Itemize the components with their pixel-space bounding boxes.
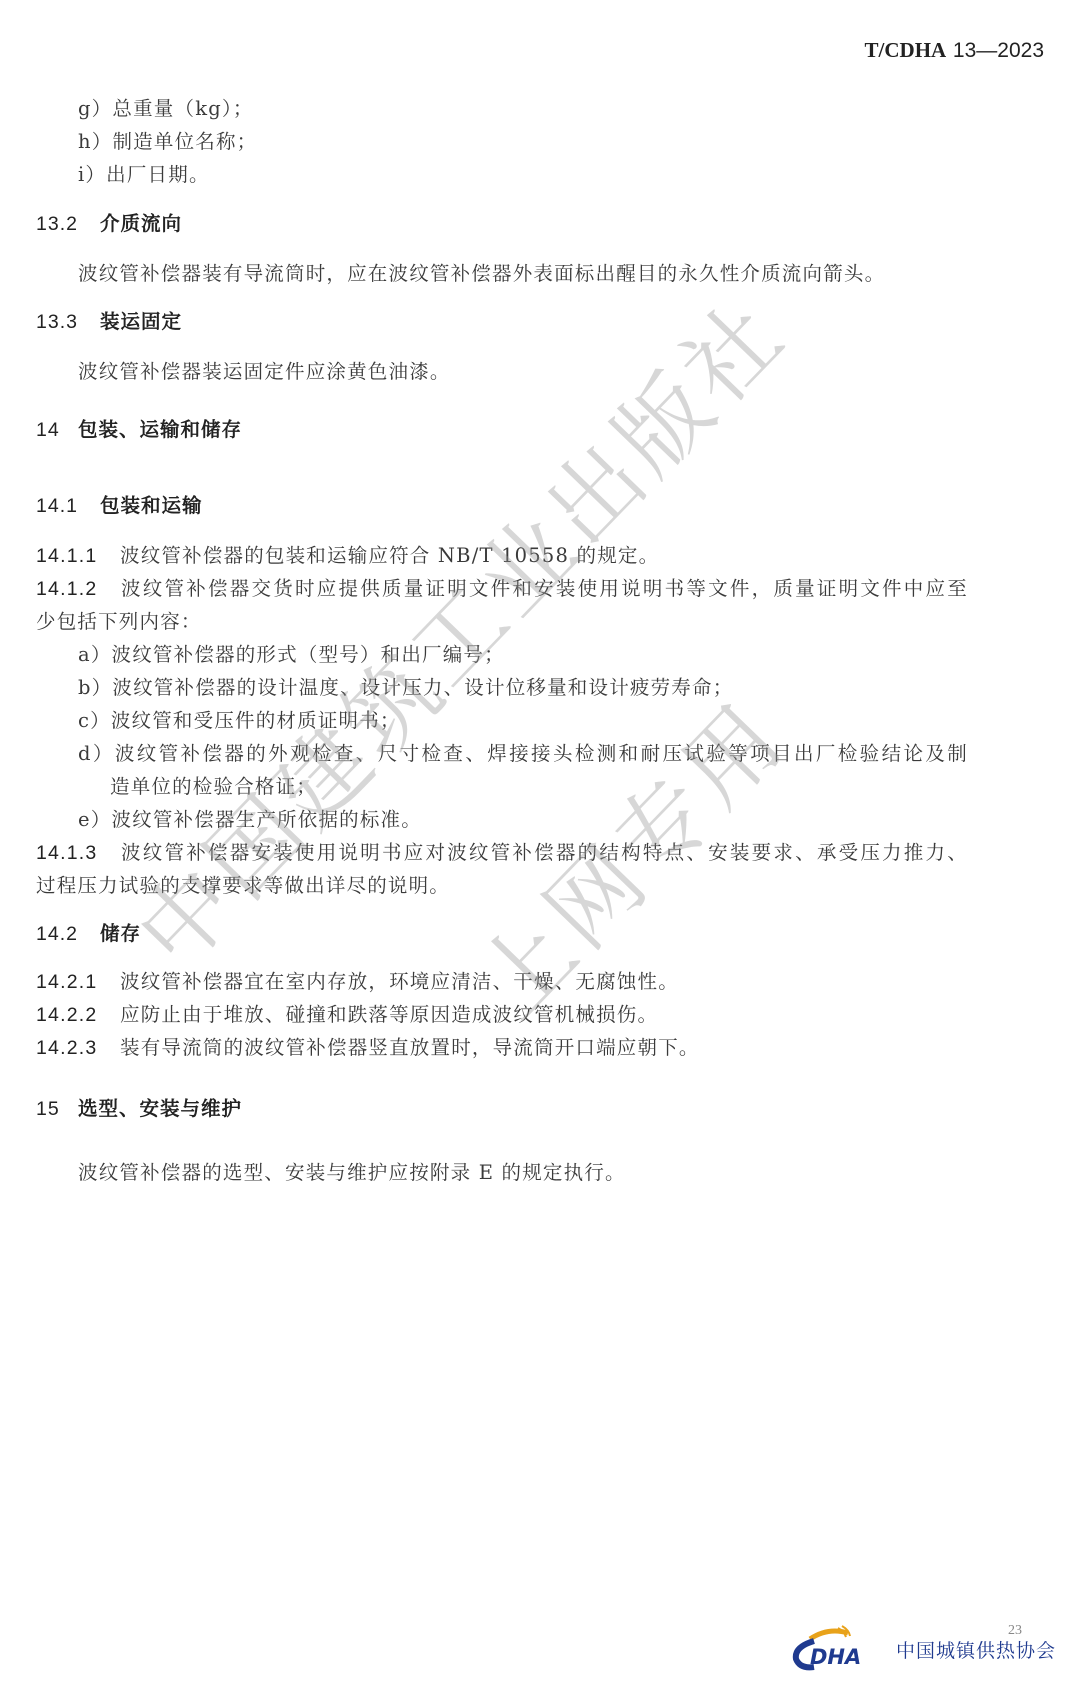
list-item-b: b）波纹管补偿器的设计温度、设计压力、设计位移量和设计疲劳寿命； [78, 672, 733, 700]
page-number: 23 [1008, 1623, 1022, 1639]
cdha-logo-icon: DHA [788, 1625, 893, 1673]
clause-14-1-2-cont: 少包括下列内容： [36, 606, 202, 634]
clause-14-1-3-cont: 过程压力试验的支撑要求等做出详尽的说明。 [36, 870, 450, 898]
list-item-a: a）波纹管补偿器的形式（型号）和出厂编号； [78, 639, 505, 667]
clause-14-2-2: 14.2.2应防止由于堆放、碰撞和跌落等原因造成波纹管机械损伤。 [36, 999, 658, 1027]
clause-14-2-3: 14.2.3装有导流筒的波纹管补偿器竖直放置时，导流筒开口端应朝下。 [36, 1032, 700, 1060]
clause-14-1-1: 14.1.1波纹管补偿器的包装和运输应符合 NB/T 10558 的规定。 [36, 540, 659, 568]
standard-code: T/CDHA [865, 38, 947, 62]
section-heading-14-2: 14.2储存 [36, 918, 141, 946]
clause-14-1-3: 14.1.3波纹管补偿器安装使用说明书应对波纹管补偿器的结构特点、安装要求、承受… [36, 837, 968, 865]
standard-number: 13—2023 [953, 39, 1044, 62]
section-body-15: 波纹管补偿器的选型、安装与维护应按附录 E 的规定执行。 [78, 1157, 626, 1185]
section-heading-13-3: 13.3装运固定 [36, 306, 182, 334]
svg-text:DHA: DHA [810, 1645, 861, 1669]
section-heading-14-1: 14.1包装和运输 [36, 490, 203, 518]
page-header: T/CDHA 13—2023 [865, 38, 1044, 63]
clause-14-1-2: 14.1.2波纹管补偿器交货时应提供质量证明文件和安装使用说明书等文件，质量证明… [36, 573, 968, 601]
list-item-h: h）制造单位名称； [78, 126, 257, 154]
section-heading-13-2: 13.2介质流向 [36, 208, 182, 236]
list-item-e: e）波纹管补偿器生产所依据的标准。 [78, 804, 422, 832]
section-body-13-2: 波纹管补偿器装有导流筒时，应在波纹管补偿器外表面标出醒目的永久性介质流向箭头。 [78, 258, 885, 286]
section-body-13-3: 波纹管补偿器装运固定件应涂黄色油漆。 [78, 356, 451, 384]
list-item-d-cont: 造单位的检验合格证； [110, 771, 317, 799]
list-item-i: i）出厂日期。 [78, 159, 210, 187]
chapter-heading-14: 14包装、运输和储存 [36, 414, 242, 442]
clause-14-2-1: 14.2.1波纹管补偿器宜在室内存放，环境应清洁、干燥、无腐蚀性。 [36, 966, 679, 994]
list-item-g: g）总重量（kg）； [78, 93, 254, 121]
list-item-c: c）波纹管和受压件的材质证明书； [78, 705, 401, 733]
chapter-heading-15: 15选型、安装与维护 [36, 1093, 242, 1121]
list-item-d: d）波纹管补偿器的外观检查、尺寸检查、焊接接头检测和耐压试验等项目出厂检验结论及… [78, 738, 968, 766]
organization-name: 中国城镇供热协会 [896, 1636, 1056, 1663]
